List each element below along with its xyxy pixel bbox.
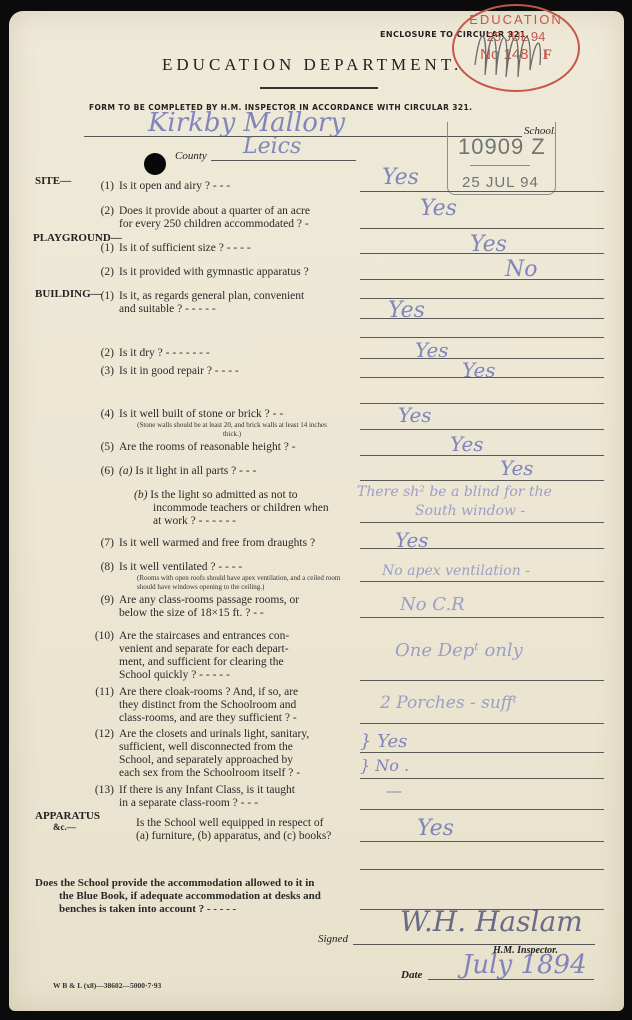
answer-building-4: Yes (398, 403, 432, 427)
answer-building-12b: } No . (360, 756, 409, 775)
answer-line (360, 723, 604, 724)
section-apparatus-sub: &c.— (53, 822, 76, 832)
question-apparatus: Is the School well equipped in respect o… (136, 817, 331, 843)
question-building-12: (12)Are the closets and urinals light, s… (84, 728, 309, 780)
answer-line (360, 869, 604, 870)
registry-number: 10909 Z (458, 134, 546, 160)
question-blue-book: Does the School provide the accommodatio… (35, 877, 321, 916)
document-title: EDUCATION DEPARTMENT. (162, 55, 462, 75)
question-building-10: (10)Are the staircases and entrances con… (84, 630, 289, 682)
county-handwritten: Leics (243, 134, 301, 159)
registry-date: 25 JUL 94 (462, 174, 539, 191)
answer-building-10: One Depᵗ only (395, 640, 523, 661)
answer-line (360, 279, 604, 280)
question-building-8: (8)Is it well ventilated ? - - - - (90, 561, 242, 574)
question-site-2: (2)Does it provide about a quarter of an… (90, 205, 310, 231)
question-building-11: (11)Are there cloak-rooms ? And, if so, … (84, 686, 298, 725)
scribble-mark-icon (470, 25, 580, 85)
section-apparatus: APPARATUS (35, 810, 100, 822)
printer-code: W B & L (x8)—38602—5000·7·93 (53, 981, 161, 990)
answer-playground-1: Yes (470, 232, 507, 257)
county-label: County (175, 150, 207, 162)
answer-building-12a: } Yes (360, 731, 407, 752)
registry-stamp: 10909 Z 25 JUL 94 (447, 122, 556, 195)
answer-building-9: No C.R (400, 594, 465, 615)
answer-line (360, 403, 604, 404)
question-building-9: (9)Are any class-rooms passage rooms, or… (90, 594, 299, 620)
answer-site-1: Yes (382, 165, 419, 190)
answer-building-7: Yes (395, 528, 429, 552)
answer-line (360, 480, 604, 481)
punch-hole (144, 153, 166, 175)
answer-line (360, 809, 604, 810)
answer-line (360, 752, 604, 753)
answer-line (360, 522, 604, 523)
answer-building-8: No apex ventilation - (382, 563, 530, 579)
question-building-6a: (6)(a) Is it light in all parts ? - - - (90, 465, 256, 478)
answer-building-6a: Yes (500, 456, 534, 480)
answer-building-6b: There sh² be a blind for the (357, 484, 552, 500)
answer-line (360, 191, 604, 192)
answer-apparatus: Yes (417, 816, 454, 841)
answer-line (360, 581, 604, 582)
question-playground-2: (2)Is it provided with gymnastic apparat… (90, 266, 309, 279)
answer-building-5: Yes (450, 432, 484, 456)
question-building-2: (2)Is it dry ? - - - - - - - (90, 347, 210, 360)
answer-line (360, 680, 604, 681)
answer-line (360, 337, 604, 338)
answer-building-13: — (386, 781, 402, 800)
question-building-6b: (b) Is the light so admitted as not toin… (134, 489, 354, 528)
answer-line (360, 228, 604, 229)
answer-building-11: 2 Porches - suffᵗ (380, 693, 517, 713)
question-building-13: (13)If there is any Infant Class, is it … (84, 784, 295, 810)
date-label: Date (401, 969, 422, 981)
question-building-3: (3)Is it in good repair ? - - - - (90, 365, 239, 378)
date-handwritten: July 1894 (462, 950, 587, 980)
question-playground-1: (1)Is it of sufficient size ? - - - - (90, 242, 251, 255)
title-underline (260, 87, 378, 89)
question-site-1: (1)Is it open and airy ? - - - (90, 180, 230, 193)
question-building-5: (5)Are the rooms of reasonable height ? … (90, 441, 296, 454)
section-site: SITE— (35, 175, 71, 187)
question-building-4: (4)Is it well built of stone or brick ? … (90, 408, 283, 421)
question-building-1: (1)Is it, as regards general plan, conve… (90, 290, 304, 316)
answer-line (360, 841, 604, 842)
question-building-4-note: (Stone walls should be at least 20, and … (137, 421, 327, 438)
answer-playground-2: No (505, 257, 538, 282)
signature-line (353, 944, 595, 945)
answer-building-3: Yes (462, 358, 496, 382)
question-building-7: (7)Is it well warmed and free from draug… (90, 537, 315, 550)
signature-handwritten: W.H. Haslam (400, 905, 583, 938)
answer-site-2: Yes (420, 196, 457, 221)
answer-building-2: Yes (415, 338, 449, 362)
question-building-8-note: (Rooms with open roofs should have apex … (137, 574, 355, 591)
answer-line (360, 778, 604, 779)
answer-line (360, 429, 604, 430)
answer-building-6b-line2: South window - (415, 503, 525, 519)
answer-building-1: Yes (388, 298, 425, 323)
county-line (211, 160, 356, 161)
answer-line (360, 617, 604, 618)
signed-label: Signed (318, 933, 348, 945)
